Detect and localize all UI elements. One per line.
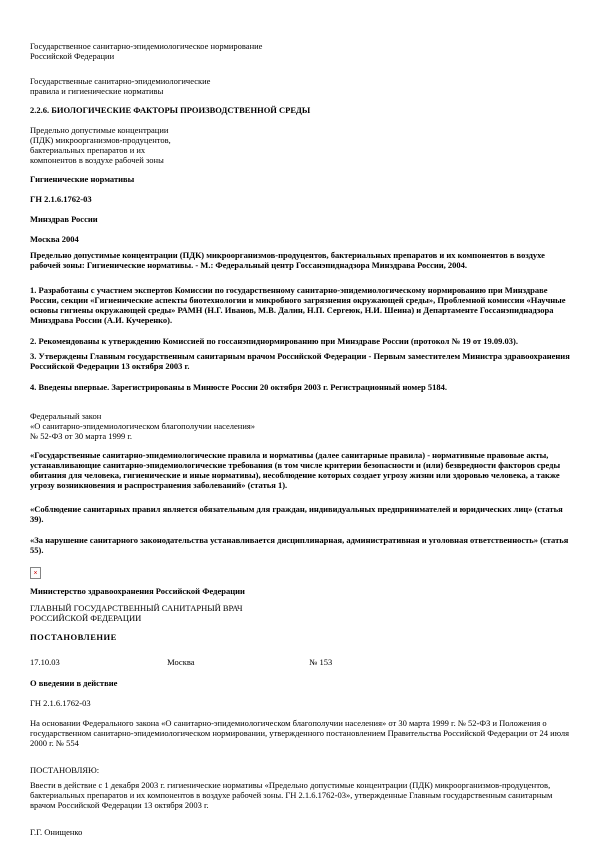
resolution-date: 17.10.03 bbox=[30, 657, 165, 667]
resolution-title: ПОСТАНОВЛЕНИЕ bbox=[30, 632, 570, 642]
document-title-line2: (ПДК) микроорганизмов-продуцентов, bbox=[30, 135, 570, 145]
document-subtitle: Гигиенические нормативы bbox=[30, 174, 570, 184]
numbered-item-4: 4. Введены впервые. Зарегистрированы в М… bbox=[30, 382, 570, 392]
resolve-label: ПОСТАНОВЛЯЮ: bbox=[30, 765, 570, 775]
signature: Г.Г. Онищенко bbox=[30, 827, 570, 837]
federal-law-line2: «О санитарно-эпидемиологическом благопол… bbox=[30, 421, 570, 431]
resolution-basis: На основании Федерального закона «О сани… bbox=[30, 718, 570, 748]
document-title-line3: бактериальных препаратов и их bbox=[30, 145, 570, 155]
document-number: ГН 2.1.6.1762-03 bbox=[30, 194, 570, 204]
chief-doctor-line1: ГЛАВНЫЙ ГОСУДАРСТВЕННЫЙ САНИТАРНЫЙ ВРАЧ bbox=[30, 603, 570, 613]
resolution-city: Москва bbox=[167, 657, 307, 667]
document-page: Государственное санитарно-эпидемиологиче… bbox=[0, 0, 595, 842]
city-year: Москва 2004 bbox=[30, 234, 570, 244]
resolution-subject-line2: ГН 2.1.6.1762-03 bbox=[30, 698, 570, 708]
broken-image-icon: × bbox=[30, 567, 41, 579]
document-title-line4: компонентов в воздухе рабочей зоны bbox=[30, 155, 570, 165]
broken-image-wrap: × bbox=[30, 567, 570, 579]
issuer-header-line1: Государственное санитарно-эпидемиологиче… bbox=[30, 41, 570, 51]
document-title-line1: Предельно допустимые концентрации bbox=[30, 125, 570, 135]
rules-header-line1: Государственные санитарно-эпидемиологиче… bbox=[30, 76, 570, 86]
federal-law-line3: № 52-ФЗ от 30 марта 1999 г. bbox=[30, 431, 570, 441]
publisher: Минздрав России bbox=[30, 214, 570, 224]
chief-doctor-line2: РОССИЙСКОЙ ФЕДЕРАЦИИ bbox=[30, 613, 570, 623]
section-heading: 2.2.6. БИОЛОГИЧЕСКИЕ ФАКТОРЫ ПРОИЗВОДСТВ… bbox=[30, 105, 570, 115]
resolution-meta-row: 17.10.03 Москва № 153 bbox=[30, 657, 570, 667]
rules-header-line2: правила и гигиенические нормативы bbox=[30, 86, 570, 96]
bibliography-paragraph: Предельно допустимые концентрации (ПДК) … bbox=[30, 250, 570, 270]
numbered-item-3: 3. Утверждены Главным государственным са… bbox=[30, 351, 570, 371]
resolution-subject-line1: О введении в действие bbox=[30, 678, 570, 688]
ministry-line: Министерство здравоохранения Российской … bbox=[30, 586, 570, 596]
law-quote-1: «Государственные санитарно-эпидемиологич… bbox=[30, 450, 570, 490]
numbered-item-2: 2. Рекомендованы к утверждению Комиссией… bbox=[30, 336, 570, 346]
resolution-text: Ввести в действие с 1 декабря 2003 г. ги… bbox=[30, 780, 570, 810]
issuer-header-line2: Российской Федерации bbox=[30, 51, 570, 61]
resolution-number: № 153 bbox=[309, 657, 332, 667]
law-quote-3: «За нарушение санитарного законодательст… bbox=[30, 535, 570, 555]
law-quote-2: «Соблюдение санитарных правил является о… bbox=[30, 504, 570, 524]
numbered-item-1: 1. Разработаны с участием экспертов Коми… bbox=[30, 285, 570, 325]
federal-law-line1: Федеральный закон bbox=[30, 411, 570, 421]
